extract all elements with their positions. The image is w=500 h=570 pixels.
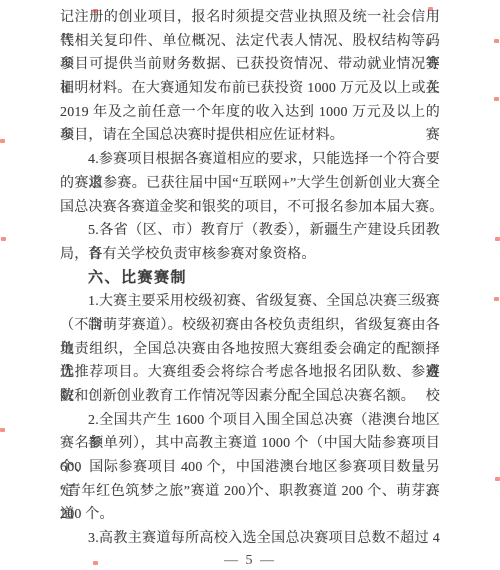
text-line: “青年红色筑梦之旅”赛道 200 个、职教赛道 200 个、萌芽赛道 (60, 480, 440, 504)
document-text: 记注册的创业项目，报名时须提交营业执照及统一社会信用代码 等相关复印件、单位概况… (0, 0, 500, 551)
scan-artifact (494, 39, 499, 43)
scan-artifact (93, 561, 98, 565)
text-line: 3.高教主赛道每所高校入选全国总决赛项目总数不超过 4 (60, 527, 440, 551)
text-line: 等相关复印件、单位概况、法定代表人情况、股权结构等。参赛 (60, 30, 440, 54)
scan-artifact (495, 237, 500, 241)
text-line: 赛名额单列），其中高教主赛道 1000 个（中国大陆参赛项目 600 (60, 432, 440, 456)
text-line: 数和创新创业教育工作情况等因素分配全国总决赛名额。 (60, 385, 440, 409)
text-line: 记注册的创业项目，报名时须提交营业执照及统一社会信用代码 (60, 6, 440, 30)
document-page: 记注册的创业项目，报名时须提交营业执照及统一社会信用代码 等相关复印件、单位概况… (0, 0, 500, 570)
text-line: 证明材料。在大赛通知发布前已获投资 1000 万元及以上或在 (60, 77, 440, 101)
text-line: 个、国际参赛项目 400 个，中国港澳台地区参赛项目数量另定）、 (60, 456, 440, 480)
text-line: 4.参赛项目根据各赛道相应的要求，只能选择一个符合要求 (60, 148, 440, 172)
scan-artifact (494, 297, 499, 301)
text-line: 选推荐项目。大赛组委会将综合考虑各地报名团队数、参赛院校 (60, 361, 440, 385)
scan-artifact (93, 9, 98, 13)
scan-artifact (495, 477, 500, 481)
page-number: — 5 — (0, 553, 500, 569)
text-line: 2.全国共产生 1600 个项目入围全国总决赛（港澳台地区参 (60, 409, 440, 433)
text-line: 200 个。 (60, 503, 440, 527)
text-line: 项目可提供当前财务数据、已获投资情况、带动就业情况等相关 (60, 53, 440, 77)
text-line: 5.各省（区、市）教育厅（教委），新疆生产建设兵团教育 (60, 219, 440, 243)
scan-artifact (1, 237, 6, 241)
scan-artifact (428, 7, 433, 11)
text-line: 的赛道参赛。已获往届中国“互联网+”大学生创新创业大赛全 (60, 172, 440, 196)
text-line: 局，各有关学校负责审核参赛对象资格。 (60, 243, 440, 267)
text-line: （不含萌芽赛道）。校级初赛由各校负责组织，省级复赛由各地 (60, 314, 440, 338)
section-heading: 六、比赛赛制 (60, 267, 440, 291)
text-line: 1.大赛主要采用校级初赛、省级复赛、全国总决赛三级赛制 (60, 290, 440, 314)
text-line: 2019 年及之前任意一个年度的收入达到 1000 万元及以上的参赛 (60, 101, 440, 125)
text-line: 国总决赛各赛道金奖和银奖的项目，不可报名参加本届大赛。 (60, 196, 440, 220)
scan-artifact (0, 428, 5, 432)
text-line: 负责组织，全国总决赛由各地按照大赛组委会确定的配额择优遴 (60, 338, 440, 362)
scan-artifact (494, 97, 499, 101)
scan-artifact (0, 139, 5, 143)
